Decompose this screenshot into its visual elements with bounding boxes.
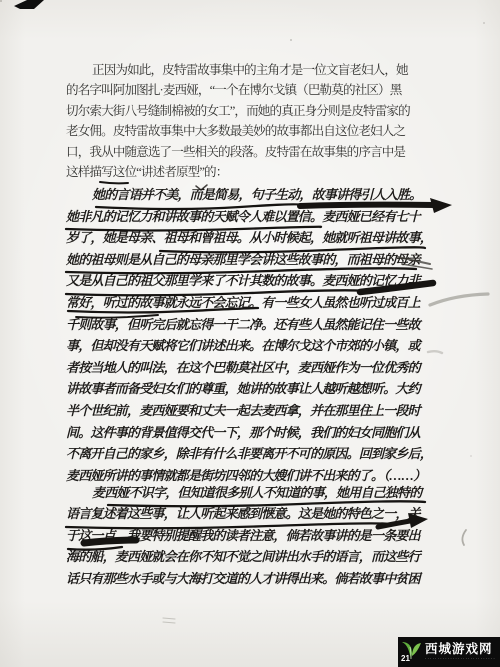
watermark-number: 21 [401, 654, 410, 663]
quote-line: 她的祖母则是从自己的母亲那里学会讲这些故事的，而祖母的母亲 [66, 249, 428, 271]
quote-line: 常好，听过的故事就永远不会忘记。有一些女人虽然也听过成百上 [66, 292, 428, 314]
quote-line: 话只有那些水手或与大海打交道的人才讲得出来。倘若故事中贫困 [66, 568, 428, 589]
quote-line: 不离开自己的家乡，除非有什么非要离开不可的原因。回到家乡后， [66, 443, 428, 465]
quote-line: 于这一点，我要特别提醒我的读者注意，倘若故事讲的是一条要出 [66, 525, 428, 546]
watermark-tagline: ································ [425, 657, 495, 661]
quote-line: 半个世纪前，麦西娅要和丈夫一起去麦西拿，并在那里住上一段时 [66, 400, 428, 422]
quote-line: 语言复述着这些事，让人听起来感到惬意。这是她的特色之一，关 [66, 503, 428, 524]
intro-paragraph: 正因为如此，皮特雷故事集中的主角才是一位文盲老妇人，她 的名字叫阿加图扎·麦西娅… [66, 60, 428, 182]
quote-line: 者按当地人的叫法，在这个巴勒莫社区中，麦西娅作为一位优秀的 [66, 357, 428, 379]
quote-line: 海的船，麦西娅就会在你不知不觉之间讲出水手的语言，而这些行 [66, 546, 428, 567]
intro-line: 正因为如此，皮特雷故事集中的主角才是一位文盲老妇人，她 [66, 60, 428, 80]
intro-line: 口，我从中随意选了一些相关的段落。皮特雷在故事集的序言中是 [66, 142, 428, 162]
scan-corner-artifact [14, 0, 44, 9]
quote-line: 又是从自己的祖父那里学来了不计其数的故事。麦西娅的记忆力非 [66, 270, 428, 292]
quote-line: 她的言语并不美，而是简易，句子生动，故事讲得引人入胜。 [66, 184, 428, 206]
quote-line: 事，但却没有天赋将它们讲述出来。在博尔戈这个市郊的小镇，或 [66, 335, 428, 357]
quote-paragraph-2: 麦西娅不识字，但知道很多别人不知道的事，她用自己独特的 语言复述着这些事，让人听… [66, 482, 428, 589]
quote-paragraph-1: 她的言语并不美，而是简易，句子生动，故事讲得引人入胜。 她非凡的记忆力和讲故事的… [66, 184, 428, 486]
watermark-badge: 21 西城游戏网 ·······························… [398, 637, 500, 667]
quote-line: 讲故事者而备受妇女们的尊重，她讲的故事让人越听越想听。大约 [66, 378, 428, 400]
intro-line: 老女佣。皮特雷故事集中大多数最美妙的故事都出自这位老妇人之 [66, 121, 428, 141]
intro-line: 切尔索大街八号缝制棉被的女工”，而她的真正身分则是皮特雷家的 [66, 101, 428, 121]
quote-line: 间。这件事的背景值得交代一下，那个时候，我们的妇女同胞们从 [66, 422, 428, 444]
underline-arrowhead [430, 198, 452, 213]
quote-line: 岁了，她是母亲、祖母和曾祖母。从小时候起，她就听祖母讲故事， [66, 227, 428, 249]
quote-line: 麦西娅不识字，但知道很多别人不知道的事，她用自己独特的 [66, 482, 428, 503]
quote-line: 她非凡的记忆力和讲故事的天赋令人难以置信。麦西娅已经有七十 [66, 206, 428, 228]
intro-line: 的名字叫阿加图扎·麦西娅，“一个在博尔戈镇（巴勒莫的社区）黑 [66, 80, 428, 100]
scan-dust-specks [0, 0, 2, 2]
watermark-site-name: 西城游戏网 [425, 643, 495, 656]
intro-line: 这样描写这位“讲述者原型”的： [66, 162, 428, 182]
quote-line: 千则故事，但听完后就忘得一干二净。还有些人虽然能记住一些故 [66, 314, 428, 336]
